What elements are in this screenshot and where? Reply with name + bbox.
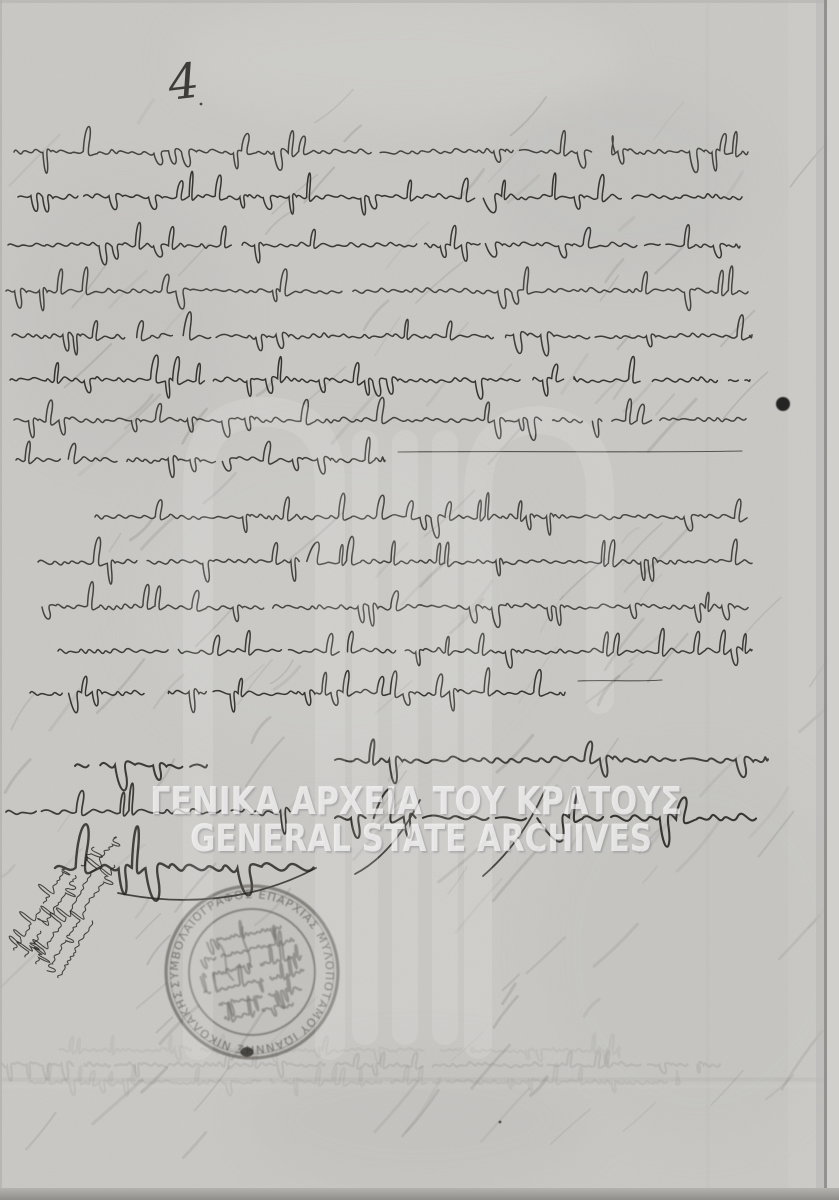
scan-margin-right	[827, 0, 839, 1200]
page-edge-left	[0, 0, 2, 1200]
page-edge-bottom	[0, 1188, 839, 1200]
page-number-dot	[200, 103, 203, 106]
page-edge-right-line	[824, 0, 827, 1200]
document-scan: 4 ΣΥΜΒΟΛΑΙΟΓΡΑΦΟΣ ΕΠΑΡΧΙΑΣ ΜΥΛΟΠΟΤΑΜΟΥ Ι…	[0, 0, 839, 1200]
ink-spot	[776, 397, 790, 411]
page-edge-right-shadow	[816, 0, 824, 1200]
logo-bar-1	[352, 430, 378, 1045]
logo-bar-2	[392, 430, 418, 1045]
page-edge-top	[0, 0, 839, 3]
logo-bar-3	[432, 430, 458, 1045]
stamp-ink-blot	[241, 1047, 254, 1057]
paper-grain-noise	[0, 0, 839, 1200]
scan-canvas: 4 ΣΥΜΒΟΛΑΙΟΓΡΑΦΟΣ ΕΠΑΡΧΙΑΣ ΜΥΛΟΠΟΤΑΜΟΥ Ι…	[0, 0, 839, 1200]
ink-speck	[499, 1121, 502, 1124]
archive-watermark: ΓΕΝΙΚΑ ΑΡΧΕΙΑ ΤΟΥ ΚΡΑΤΟΥΣ GENERAL STATE …	[150, 779, 682, 860]
watermark-line-english: GENERAL STATE ARCHIVES	[190, 817, 652, 860]
